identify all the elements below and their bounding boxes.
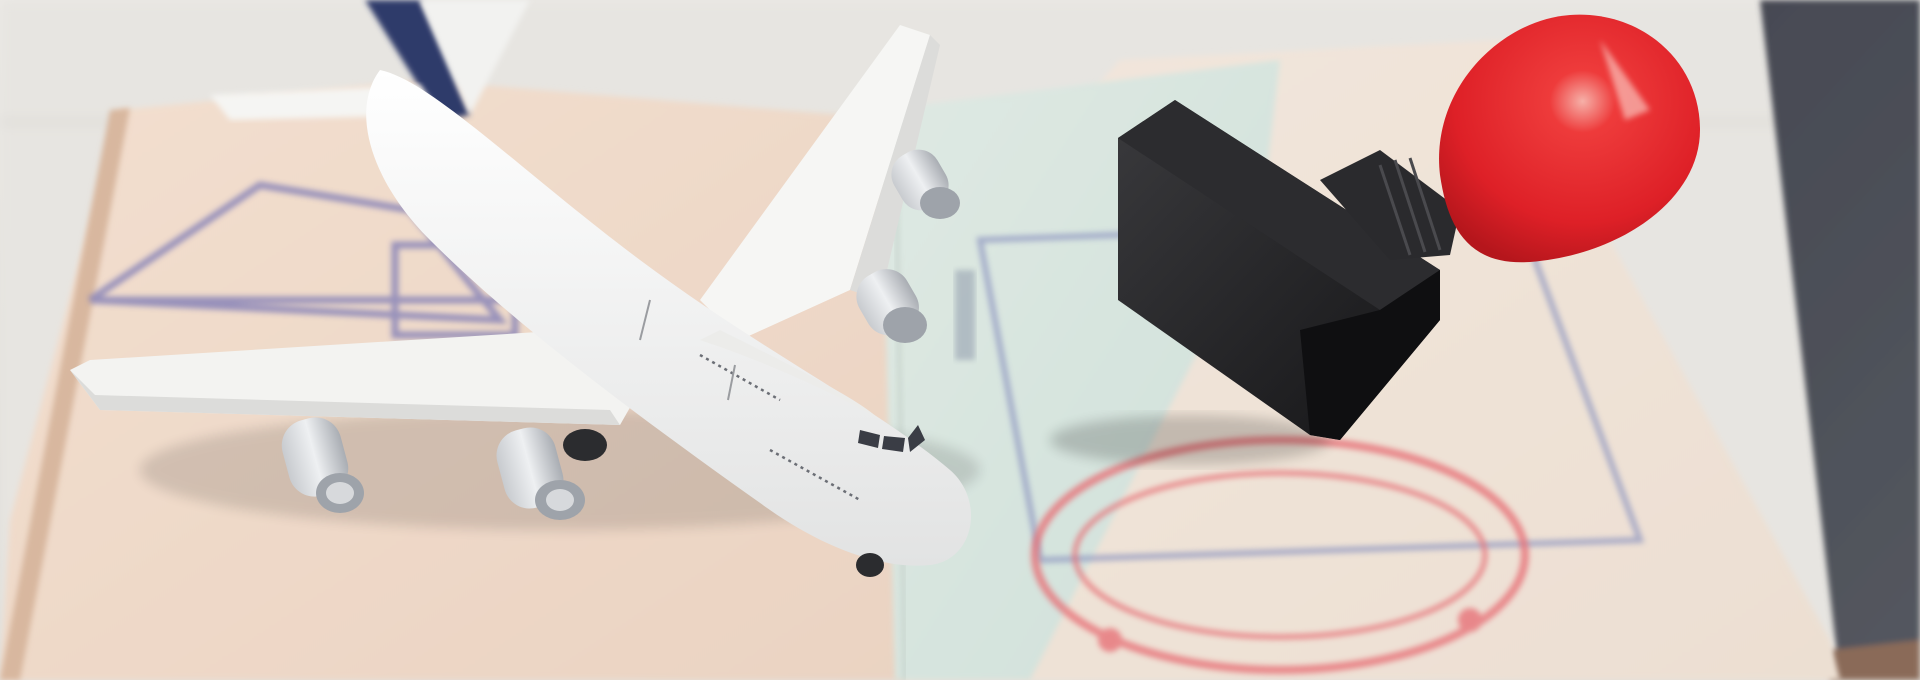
passport-print-smudge (955, 270, 975, 360)
photo-scene: Model passenger airplane on open passpor… (0, 0, 1920, 680)
photo-illustration (0, 0, 1920, 680)
